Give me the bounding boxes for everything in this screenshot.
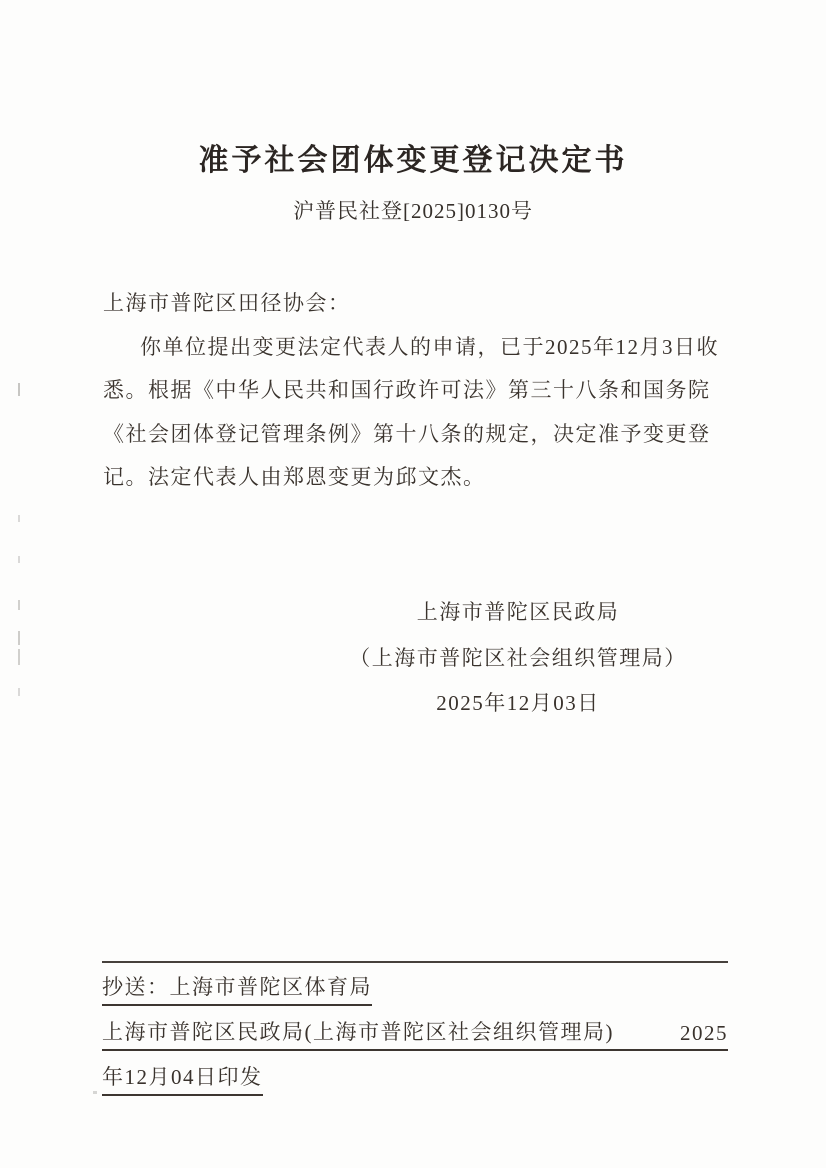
scan-artifact (18, 556, 20, 563)
signature-block: 上海市普陀区民政局 （上海市普陀区社会组织管理局） 2025年12月03日 (318, 590, 718, 727)
recipient-line: 上海市普陀区田径协会： (103, 282, 723, 326)
body-line-1: 你单位提出变更法定代表人的申请，已于2025年12月3日收 (103, 326, 723, 370)
footer-divider (102, 961, 728, 963)
scan-artifact (18, 649, 20, 665)
scan-artifact (18, 383, 20, 396)
cc-text: 抄送：上海市普陀区体育局 (102, 971, 372, 1006)
issuer-line: 上海市普陀区民政局(上海市普陀区社会组织管理局) 2025 (102, 1016, 728, 1051)
document-number: 沪普民社登[2025]0130号 (0, 196, 826, 226)
scan-artifact (18, 688, 20, 696)
body-line-4: 记。法定代表人由郑恩变更为邱文杰。 (103, 456, 723, 500)
issuer-text: 上海市普陀区民政局(上海市普陀区社会组织管理局) (102, 1016, 614, 1046)
issue-date-text: 年12月04日印发 (102, 1061, 263, 1096)
issuing-org: 上海市普陀区民政局 (318, 590, 718, 636)
issue-date-line: 年12月04日印发 (102, 1061, 263, 1096)
issue-year-text: 2025 (680, 1021, 728, 1046)
scan-artifact (93, 1091, 97, 1094)
decision-date: 2025年12月03日 (318, 681, 718, 727)
document-title: 准予社会团体变更登记决定书 (0, 141, 826, 181)
scan-artifact (18, 515, 20, 522)
body-line-3: 《社会团体登记管理条例》第十八条的规定，决定准予变更登 (103, 413, 723, 457)
issuing-org-alt: （上海市普陀区社会组织管理局） (318, 636, 718, 682)
scan-artifact (18, 600, 20, 610)
scan-artifact (18, 631, 20, 645)
document-page: 准予社会团体变更登记决定书 沪普民社登[2025]0130号 上海市普陀区田径协… (0, 0, 826, 1168)
document-body: 上海市普陀区田径协会： 你单位提出变更法定代表人的申请，已于2025年12月3日… (103, 282, 723, 500)
body-line-2: 悉。根据《中华人民共和国行政许可法》第三十八条和国务院 (103, 369, 723, 413)
cc-line: 抄送：上海市普陀区体育局 (102, 971, 372, 1006)
